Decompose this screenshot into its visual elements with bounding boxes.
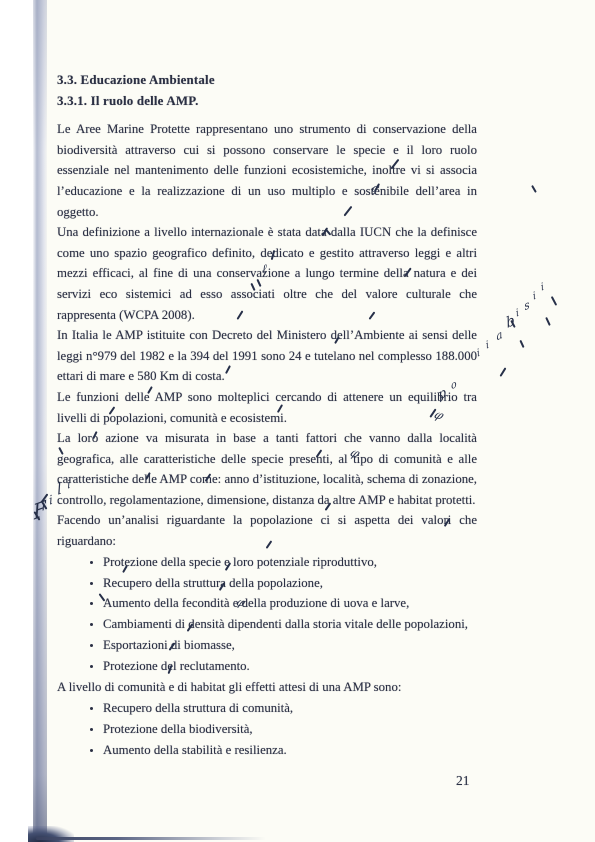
watermark-stroke [499,367,506,376]
paragraph-population-intro: Facendo un’analisi riguardante la popola… [57,510,477,551]
page-content: 3.3. Educazione Ambientale 3.3.1. Il ruo… [57,70,477,760]
paragraph-amp-functions: Le funzioni delle AMP sono molteplici ce… [57,387,477,428]
watermark-letter: i [485,340,490,351]
section-heading: 3.3. Educazione Ambientale [57,70,477,91]
watermark-letter: i [532,291,537,302]
scan-bottom-edge-artifact [36,837,266,840]
watermark-letter: i [48,493,53,507]
list-item: Recupero della struttura di comunità, [103,698,477,719]
page-edge-shadow [33,0,47,842]
list-item: Protezione della biodiversità, [103,719,477,740]
scanned-page: 3.3. Educazione Ambientale 3.3.1. Il ruo… [0,0,595,842]
list-item: Aumento della fecondità e della produzio… [103,593,477,614]
watermark-letter: a [495,329,503,343]
paragraph-iucn-definition: Una definizione a livello internazionale… [57,222,477,325]
community-effects-list: Recupero della struttura di comunità, Pr… [57,698,477,761]
paragraph-amp-factors: La loro azione va misurata in base a tan… [57,428,477,510]
watermark-stroke [510,320,515,328]
watermark-stroke [519,340,524,348]
watermark-letter: s [523,299,530,313]
list-item: Protezione del reclutamento. [103,656,477,677]
subsection-heading: 3.3.1. Il ruolo delle AMP. [57,91,477,112]
watermark-stroke [551,296,557,306]
population-effects-list: Protezione della specie e loro potenzial… [57,552,477,677]
paragraph-community-intro: A livello di comunità e di habitat gli e… [57,677,477,698]
list-item: Aumento della stabilità e resilienza. [103,740,477,761]
list-item: Protezione della specie e loro potenzial… [103,552,477,573]
page-number: 21 [456,773,470,789]
watermark-letter: i [515,308,520,319]
paragraph-amp-definition: Le Aree Marine Protette rappresentano un… [57,119,477,222]
list-item: Recupero della struttura della popolazio… [103,573,477,594]
scan-left-margin [0,0,33,842]
watermark-stroke [545,317,550,326]
watermark-letter: i [540,282,545,293]
watermark-stroke [531,185,536,193]
paragraph-italy-amp: In Italia le AMP istituite con Decreto d… [57,325,477,387]
list-item: Esportazioni di biomasse, [103,635,477,656]
list-item: Cambiamenti di densità dipendenti dalla … [103,614,477,635]
watermark-letter: b [505,313,516,331]
